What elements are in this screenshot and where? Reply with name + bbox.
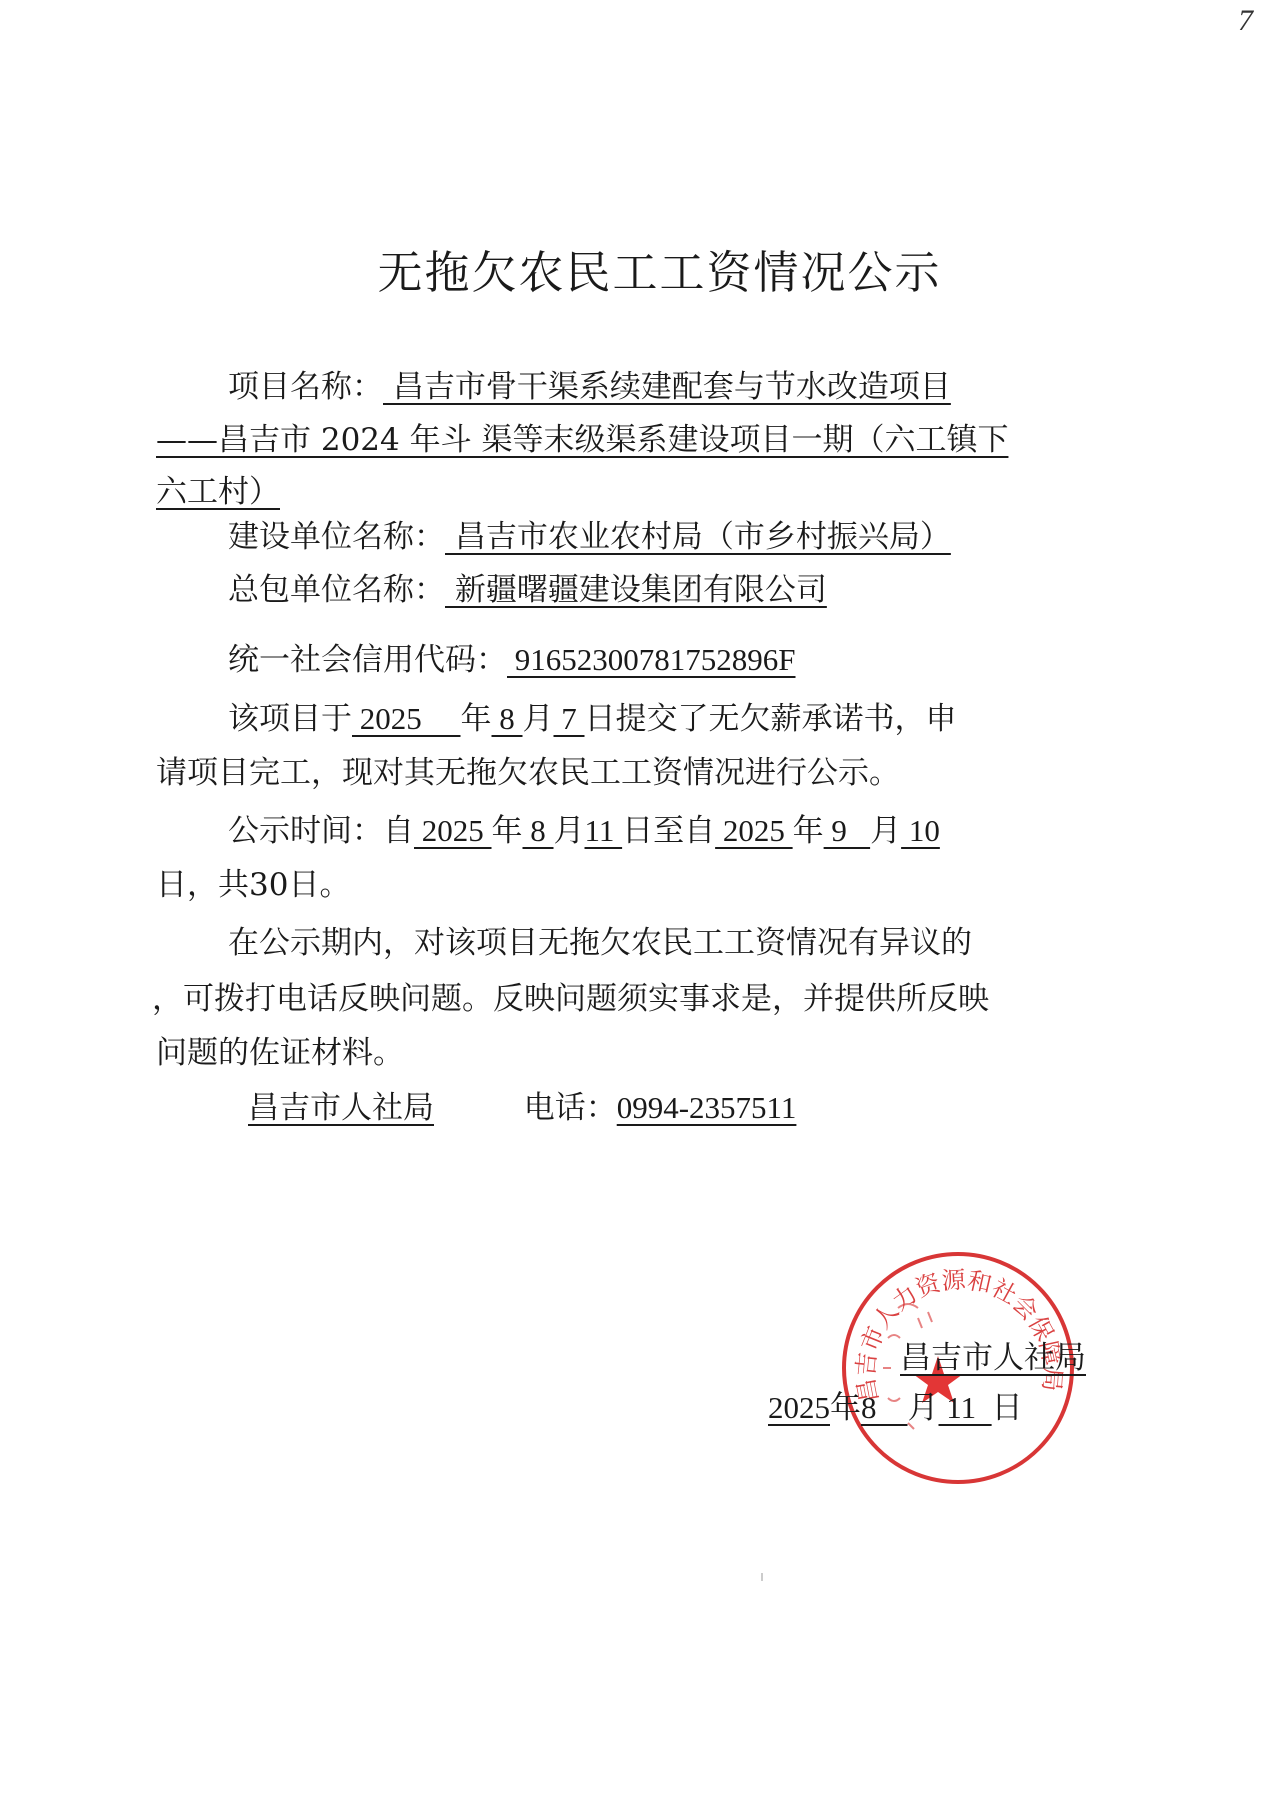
project-name-value-line2: ——昌吉市 2024 年斗 渠等末级渠系建设项目一期（六工镇下 (156, 422, 1008, 458)
project-name-line3: 六工村） (156, 477, 280, 508)
period-start-year-unit: 年 (492, 813, 523, 849)
submission-year: 2025 (352, 701, 461, 736)
contact-row: 昌吉市人社局 电话：0994-2357511 (248, 1092, 796, 1124)
objection-line3: 问题的佐证材料。 (156, 1038, 404, 1069)
period-start-month: 8 (523, 813, 554, 848)
signature-month: 8 (861, 1390, 908, 1425)
project-name-label: 项目名称： (228, 369, 383, 405)
submission-prefix: 该项目于 (228, 701, 352, 737)
contact-phone: 0994-2357511 (617, 1090, 797, 1125)
project-name-value-line3: 六工村） (156, 474, 280, 510)
scan-speck (761, 1573, 763, 1581)
signature-year-unit: 年 (830, 1390, 861, 1426)
submission-line1: 该项目于 2025 年 8 月 7 日提交了无欠薪承诺书，申 (228, 703, 957, 735)
project-name-row: 项目名称： 昌吉市骨干渠系续建配套与节水改造项目 (228, 372, 951, 403)
submission-suffix: 日提交了无欠薪承诺书，申 (585, 701, 957, 737)
contractor-label: 总包单位名称： (228, 572, 445, 608)
period-prefix: 公示时间：自 (228, 813, 414, 849)
credit-code-label: 统一社会信用代码： (228, 642, 507, 678)
period-end-year: 2025 (715, 813, 793, 848)
submission-day: 7 (554, 701, 585, 736)
page-title: 无拖欠农民工工资情况公示 (0, 236, 1279, 301)
signature-day-unit: 日 (992, 1390, 1023, 1426)
period-end-month-unit: 月 (870, 813, 901, 849)
submission-month: 8 (492, 701, 523, 736)
period-mid: 日至自 (622, 813, 715, 849)
objection-line1: 在公示期内，对该项目无拖欠农民工工资情况有异议的 (228, 928, 972, 959)
period-start-year: 2025 (414, 813, 492, 848)
credit-code-row: 统一社会信用代码： 91652300781752896F (228, 644, 796, 676)
submission-year-unit: 年 (461, 701, 492, 737)
submission-line2: 请项目完工，现对其无拖欠农民工工资情况进行公示。 (156, 758, 900, 789)
credit-code-value: 91652300781752896F (507, 642, 796, 677)
signature-org-name: 昌吉市人社局 (900, 1340, 1086, 1376)
period-end-month: 9 (824, 813, 871, 848)
period-end-day: 10 (901, 813, 940, 848)
signature-day: 11 (939, 1390, 992, 1425)
builder-row: 建设单位名称： 昌吉市农业农村局（市乡村振兴局） (228, 522, 951, 553)
project-name-value-line1: 昌吉市骨干渠系续建配套与节水改造项目 (383, 369, 951, 405)
signature-month-unit: 月 (908, 1390, 939, 1426)
contractor-value: 新疆曙疆建设集团有限公司 (445, 572, 827, 608)
period-start-day: 11 (585, 813, 623, 848)
contact-org: 昌吉市人社局 (248, 1090, 434, 1126)
contractor-row: 总包单位名称： 新疆曙疆建设集团有限公司 (228, 575, 827, 606)
project-name-line2: ——昌吉市 2024 年斗 渠等末级渠系建设项目一期（六工镇下 (156, 425, 1008, 456)
period-line2: 日，共30日。 (156, 870, 350, 901)
submission-month-unit: 月 (523, 701, 554, 737)
signature-org: 昌吉市人社局 (900, 1332, 1086, 1377)
objection-line2: ，可拨打电话反映问题。反映问题须实事求是，并提供所反映 (152, 984, 989, 1015)
period-end-year-unit: 年 (793, 813, 824, 849)
signature-date: 2025年8 月 11 日 (768, 1382, 1023, 1427)
contact-phone-label: 电话： (524, 1090, 617, 1126)
period-start-month-unit: 月 (554, 813, 585, 849)
period-line1: 公示时间：自 2025 年 8 月11 日至自 2025 年 9 月 10 (228, 815, 940, 847)
signature-year: 2025 (768, 1390, 830, 1425)
builder-value: 昌吉市农业农村局（市乡村振兴局） (445, 519, 951, 555)
page-number: 7 (1238, 4, 1253, 38)
builder-label: 建设单位名称： (228, 519, 445, 555)
